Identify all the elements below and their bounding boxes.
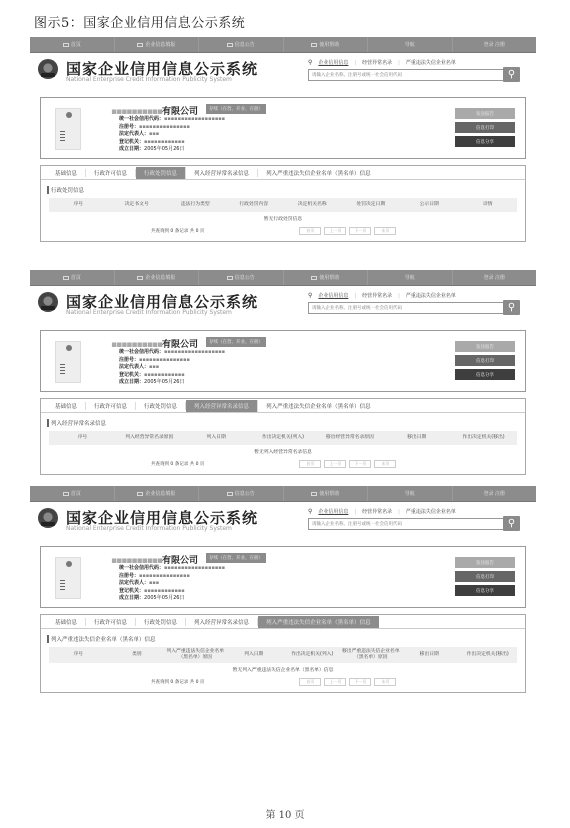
tab-admin-penalty[interactable]: 行政处罚信息 [136, 167, 186, 179]
info-tab-bar: 基础信息 行政许可信息 行政处罚信息 列入经营异常名录信息 列入严重违法失信企业… [41, 166, 525, 180]
divider: | [354, 293, 356, 299]
magnifier-icon: ⚲ [508, 302, 515, 313]
search-button[interactable]: ⚲ [503, 516, 520, 531]
monitor-icon [63, 43, 69, 47]
last-page-button[interactable]: 末页 [374, 227, 396, 235]
column-header: 违法行为类型 [166, 202, 225, 208]
help-icon [311, 276, 317, 280]
next-page-button[interactable]: 下一页 [349, 460, 371, 468]
nav-item-label: 登录 注册 [483, 41, 505, 48]
field-value: ▪▪▪ [149, 131, 159, 137]
pagination-buttons: 首页 上一页 下一页 末页 [299, 227, 396, 235]
document-icon [227, 43, 233, 47]
column-header: 移出日期 [383, 435, 450, 441]
field-value: 2005年05月26日 [144, 595, 184, 601]
nav-item-label: 首页 [71, 490, 81, 497]
empty-table-message: 暂无列入经营异常名录信息 [41, 448, 525, 455]
search-button[interactable]: ⚲ [503, 67, 520, 82]
field-label: 登记机关： [119, 372, 144, 378]
search-icon: ⚲ [308, 292, 312, 299]
field-value: ▪▪▪▪▪▪▪▪▪▪▪▪▪▪▪▪▪▪ [164, 116, 225, 122]
search-type-tabs: ⚲ 企业信用信息 | 经营异常名录 | 严重违法失信企业名单 [308, 59, 456, 66]
search-icon: ⚲ [308, 508, 312, 515]
prev-page-button[interactable]: 上一页 [324, 227, 346, 235]
table-header: 序号决定书文号违法行为类型行政处罚内容决定机关名称处罚决定日期公示日期详情 [49, 198, 517, 212]
nav-item-home[interactable]: 首页 [30, 270, 115, 285]
site-subtitle: National Enterprise Credit Information P… [66, 76, 232, 83]
divider: | [398, 293, 400, 299]
field-credit-code: 统一社会信用代码：▪▪▪▪▪▪▪▪▪▪▪▪▪▪▪▪▪▪ [119, 349, 225, 357]
divider: | [354, 60, 356, 66]
help-icon [311, 492, 317, 496]
section-title: 行政处罚信息 [47, 186, 525, 194]
page-number: 第 10 页 [0, 806, 570, 821]
company-info-card: ▪▪▪▪▪▪▪▪▪▪有限公司 存续（在营、开业、在册） 统一社会信用代码：▪▪▪… [40, 546, 526, 608]
tab-basic-info[interactable]: 基础信息 [47, 402, 86, 410]
field-label: 法定代表人： [119, 580, 149, 586]
nav-item-label: 企业信息填报 [145, 490, 175, 497]
business-license-thumbnail[interactable] [55, 557, 81, 599]
column-header: 行政处罚内容 [225, 202, 284, 208]
business-license-thumbnail[interactable] [55, 108, 81, 150]
nav-item-notice[interactable]: 信息公告 [199, 486, 284, 501]
nav-item-login[interactable]: 登录 注册 [453, 270, 537, 285]
pagination: 共查询到 0 条记录 共 0 页 首页 上一页 下一页 末页 [41, 676, 525, 692]
table-header: 序号类别列入严重违法失信企业名单（黑名单）原因列入日期作出决定机关(列入)移出严… [49, 647, 517, 663]
field-value: ▪▪▪▪▪▪▪▪▪▪▪▪ [144, 372, 185, 378]
company-fields: 统一社会信用代码：▪▪▪▪▪▪▪▪▪▪▪▪▪▪▪▪▪▪ 注册号：▪▪▪▪▪▪▪▪… [119, 349, 225, 387]
detail-panel: 基础信息 行政许可信息 行政处罚信息 列入经营异常名录信息 列入严重违法失信企业… [40, 614, 526, 693]
site-subtitle: National Enterprise Credit Information P… [66, 309, 232, 316]
field-value: ▪▪▪▪▪▪▪▪▪▪▪▪▪▪▪▪▪▪ [164, 349, 225, 355]
field-value: 2005年05月26日 [144, 146, 184, 152]
section-title: 列入经营异常名录信息 [47, 419, 525, 427]
column-header: 列入日期 [183, 435, 250, 441]
company-fields: 统一社会信用代码：▪▪▪▪▪▪▪▪▪▪▪▪▪▪▪▪▪▪ 注册号：▪▪▪▪▪▪▪▪… [119, 116, 225, 154]
pagination-buttons: 首页 上一页 下一页 末页 [299, 678, 396, 686]
column-header: 序号 [49, 652, 108, 658]
field-established-date: 成立日期：2005年05月26日 [119, 595, 225, 603]
nav-item-label: 导航 [405, 274, 415, 281]
tab-blacklist[interactable]: 列入严重违法失信企业名单（黑名单）信息 [258, 402, 379, 410]
field-reg-no: 注册号：▪▪▪▪▪▪▪▪▪▪▪▪▪▪▪ [119, 573, 225, 581]
nav-item-notice[interactable]: 信息公告 [199, 37, 284, 52]
search-type-tabs: ⚲ 企业信用信息 | 经营异常名录 | 严重违法失信企业名单 [308, 508, 456, 515]
screenshot-admin-penalty: 首页 企业信息填报 信息公告 使用帮助 导航 登录 注册 国家企业信用信息公示系… [30, 37, 536, 242]
field-value: ▪▪▪▪▪▪▪▪▪▪▪▪ [144, 139, 185, 145]
nav-item-home[interactable]: 首页 [30, 37, 115, 52]
field-label: 法定代表人： [119, 364, 149, 370]
field-label: 统一社会信用代码： [119, 565, 164, 571]
send-report-button[interactable]: 发送报告 [455, 108, 515, 119]
detail-panel: 基础信息 行政许可信息 行政处罚信息 列入经营异常名录信息 列入严重违法失信企业… [40, 398, 526, 475]
search-tab-credit[interactable]: 企业信用信息 [318, 508, 348, 515]
first-page-button[interactable]: 首页 [299, 678, 321, 686]
pagination: 共查询到 0 条记录 共 0 页 首页 上一页 下一页 末页 [41, 458, 525, 474]
column-header: 决定书文号 [108, 202, 167, 208]
search-tab-abnormal[interactable]: 经营异常名录 [362, 508, 392, 515]
status-badge: 存续（在营、开业、在册） [206, 337, 266, 347]
share-button[interactable]: 信息分享 [455, 136, 515, 147]
field-established-date: 成立日期：2005年05月26日 [119, 379, 225, 387]
tab-blacklist[interactable]: 列入严重违法失信企业名单（黑名单）信息 [258, 616, 379, 628]
column-header: 序号 [49, 202, 108, 208]
empty-table-message: 暂无列入严重违法失信企业名单（黑名单）信息 [41, 666, 525, 673]
nav-item-label: 登录 注册 [483, 274, 505, 281]
divider: | [398, 60, 400, 66]
magnifier-icon: ⚲ [508, 518, 515, 529]
column-header: 移出严重违法失信企业名单（黑名单）原因 [342, 649, 401, 661]
tab-admin-license[interactable]: 行政许可信息 [86, 618, 136, 626]
status-badge: 存续（在营、开业、在册） [206, 553, 266, 563]
tab-abnormal-list[interactable]: 列入经营异常名录信息 [186, 618, 258, 626]
action-buttons: 发送报告 信息打印 信息分享 [455, 557, 515, 596]
search-tab-blacklist[interactable]: 严重违法失信企业名单 [406, 292, 456, 299]
column-header: 列入日期 [225, 652, 284, 658]
tab-abnormal-list[interactable]: 列入经营异常名录信息 [186, 400, 258, 412]
nav-item-notice[interactable]: 信息公告 [199, 270, 284, 285]
top-nav-bar: 首页 企业信息填报 信息公告 使用帮助 导航 登录 注册 [30, 486, 536, 502]
tab-abnormal-list[interactable]: 列入经营异常名录信息 [186, 169, 258, 177]
column-header: 列入严重违法失信企业名单（黑名单）原因 [166, 649, 225, 661]
top-nav-bar: 首页 企业信息填报 信息公告 使用帮助 导航 登录 注册 [30, 37, 536, 53]
document-icon [227, 492, 233, 496]
section-title: 列入严重违法失信企业名单（黑名单）信息 [47, 635, 525, 643]
detail-panel: 基础信息 行政许可信息 行政处罚信息 列入经营异常名录信息 列入严重违法失信企业… [40, 165, 526, 242]
company-info-card: ▪▪▪▪▪▪▪▪▪▪有限公司 存续（在营、开业、在册） 统一社会信用代码：▪▪▪… [40, 97, 526, 159]
table-header: 序号列入经营异常名录原因列入日期作出决定机关(列入)移出经营异常名录原因移出日期… [49, 431, 517, 445]
field-value: ▪▪▪▪▪▪▪▪▪▪▪▪▪▪▪▪▪▪ [164, 565, 225, 571]
field-value: ▪▪▪▪▪▪▪▪▪▪▪▪ [144, 588, 185, 594]
field-credit-code: 统一社会信用代码：▪▪▪▪▪▪▪▪▪▪▪▪▪▪▪▪▪▪ [119, 565, 225, 573]
send-report-button[interactable]: 发送报告 [455, 557, 515, 568]
column-header: 详情 [459, 202, 518, 208]
national-emblem-icon [38, 292, 58, 312]
search-input[interactable]: 请输入企业名称、注册号或统一社会信用代码 [308, 302, 518, 314]
field-established-date: 成立日期：2005年05月26日 [119, 146, 225, 154]
search-tab-abnormal[interactable]: 经营异常名录 [362, 292, 392, 299]
print-button[interactable]: 信息打印 [455, 122, 515, 133]
nav-item-login[interactable]: 登录 注册 [453, 486, 537, 501]
search-tab-blacklist[interactable]: 严重违法失信企业名单 [406, 508, 456, 515]
column-header: 处罚决定日期 [342, 202, 401, 208]
column-header: 移出日期 [400, 652, 459, 658]
nav-item-label: 首页 [71, 41, 81, 48]
empty-table-message: 暂无行政处罚信息 [41, 215, 525, 222]
search-input[interactable]: 请输入企业名称、注册号或统一社会信用代码 [308, 518, 518, 530]
first-page-button[interactable]: 首页 [299, 460, 321, 468]
field-registration-authority: 登记机关：▪▪▪▪▪▪▪▪▪▪▪▪ [119, 139, 225, 147]
field-label: 成立日期： [119, 379, 144, 385]
pagination-summary: 共查询到 0 条记录 共 0 页 [151, 461, 204, 467]
search-tab-abnormal[interactable]: 经营异常名录 [362, 59, 392, 66]
nav-item-label: 企业信息填报 [145, 274, 175, 281]
nav-item-label: 信息公告 [235, 490, 255, 497]
national-emblem-icon [38, 508, 58, 528]
column-header: 作出决定机关(移出) [450, 435, 517, 441]
tab-admin-penalty[interactable]: 行政处罚信息 [136, 402, 186, 410]
field-value: ▪▪▪▪▪▪▪▪▪▪▪▪▪▪▪ [139, 357, 190, 363]
field-value: ▪▪▪▪▪▪▪▪▪▪▪▪▪▪▪ [139, 124, 190, 130]
last-page-button[interactable]: 末页 [374, 678, 396, 686]
status-badge: 存续（在营、开业、在册） [206, 104, 266, 114]
field-reg-no: 注册号：▪▪▪▪▪▪▪▪▪▪▪▪▪▪▪ [119, 357, 225, 365]
nav-item-login[interactable]: 登录 注册 [453, 37, 537, 52]
site-header: 国家企业信用信息公示系统 National Enterprise Credit … [30, 53, 536, 89]
column-header: 作出决定机关(移出) [459, 652, 518, 658]
field-label: 登记机关： [119, 139, 144, 145]
site-header: 国家企业信用信息公示系统 National Enterprise Credit … [30, 502, 536, 538]
field-label: 成立日期： [119, 595, 144, 601]
tab-admin-penalty[interactable]: 行政处罚信息 [136, 618, 186, 626]
field-registration-authority: 登记机关：▪▪▪▪▪▪▪▪▪▪▪▪ [119, 588, 225, 596]
tab-admin-license[interactable]: 行政许可信息 [86, 402, 136, 410]
nav-item-label: 信息公告 [235, 274, 255, 281]
field-label: 成立日期： [119, 146, 144, 152]
send-report-button[interactable]: 发送报告 [455, 341, 515, 352]
search-button[interactable]: ⚲ [503, 300, 520, 315]
tab-blacklist[interactable]: 列入严重违法失信企业名单（黑名单）信息 [258, 169, 379, 177]
nav-item-label: 登录 注册 [483, 490, 505, 497]
field-label: 登记机关： [119, 588, 144, 594]
field-label: 统一社会信用代码： [119, 116, 164, 122]
column-header: 作出决定机关(列入) [250, 435, 317, 441]
field-value: ▪▪▪▪▪▪▪▪▪▪▪▪▪▪▪ [139, 573, 190, 579]
print-button[interactable]: 信息打印 [455, 355, 515, 366]
field-registration-authority: 登记机关：▪▪▪▪▪▪▪▪▪▪▪▪ [119, 372, 225, 380]
nav-item-label: 企业信息填报 [145, 41, 175, 48]
next-page-button[interactable]: 下一页 [349, 678, 371, 686]
field-label: 注册号： [119, 124, 139, 130]
edit-icon [137, 43, 143, 47]
first-page-button[interactable]: 首页 [299, 227, 321, 235]
nav-item-label: 信息公告 [235, 41, 255, 48]
field-legal-rep: 法定代表人：▪▪▪ [119, 364, 225, 372]
column-header: 移出经营异常名录原因 [316, 435, 383, 441]
field-value: ▪▪▪ [149, 364, 159, 370]
magnifier-icon: ⚲ [508, 69, 515, 80]
column-header: 类别 [108, 652, 167, 658]
nav-item-help[interactable]: 使用帮助 [284, 486, 369, 501]
field-credit-code: 统一社会信用代码：▪▪▪▪▪▪▪▪▪▪▪▪▪▪▪▪▪▪ [119, 116, 225, 124]
share-button[interactable]: 信息分享 [455, 369, 515, 380]
search-type-tabs: ⚲ 企业信用信息 | 经营异常名录 | 严重违法失信企业名单 [308, 292, 456, 299]
field-label: 注册号： [119, 573, 139, 579]
field-legal-rep: 法定代表人：▪▪▪ [119, 131, 225, 139]
company-fields: 统一社会信用代码：▪▪▪▪▪▪▪▪▪▪▪▪▪▪▪▪▪▪ 注册号：▪▪▪▪▪▪▪▪… [119, 565, 225, 603]
nav-item-label: 使用帮助 [319, 490, 339, 497]
divider: | [398, 509, 400, 515]
search-icon: ⚲ [308, 59, 312, 66]
prev-page-button[interactable]: 上一页 [324, 678, 346, 686]
nav-item-report[interactable]: 企业信息填报 [115, 270, 200, 285]
column-header: 决定机关名称 [283, 202, 342, 208]
nav-item-label: 使用帮助 [319, 41, 339, 48]
column-header: 列入经营异常名录原因 [116, 435, 183, 441]
nav-item-navigation[interactable]: 导航 [368, 270, 453, 285]
last-page-button[interactable]: 末页 [374, 460, 396, 468]
column-header: 作出决定机关(列入) [283, 652, 342, 658]
nav-item-report[interactable]: 企业信息填报 [115, 37, 200, 52]
pagination-summary: 共查询到 0 条记录 共 0 页 [151, 679, 204, 685]
nav-item-label: 首页 [71, 274, 81, 281]
edit-icon [137, 492, 143, 496]
column-header: 序号 [49, 435, 116, 441]
next-page-button[interactable]: 下一页 [349, 227, 371, 235]
info-tab-bar: 基础信息 行政许可信息 行政处罚信息 列入经营异常名录信息 列入严重违法失信企业… [41, 399, 525, 413]
company-info-card: ▪▪▪▪▪▪▪▪▪▪有限公司 存续（在营、开业、在册） 统一社会信用代码：▪▪▪… [40, 330, 526, 392]
search-tab-credit[interactable]: 企业信用信息 [318, 59, 348, 66]
column-header: 公示日期 [400, 202, 459, 208]
field-label: 注册号： [119, 357, 139, 363]
nav-item-help[interactable]: 使用帮助 [284, 37, 369, 52]
search-input[interactable]: 请输入企业名称、注册号或统一社会信用代码 [308, 69, 518, 81]
site-header: 国家企业信用信息公示系统 National Enterprise Credit … [30, 286, 536, 322]
action-buttons: 发送报告 信息打印 信息分享 [455, 108, 515, 147]
field-label: 统一社会信用代码： [119, 349, 164, 355]
tab-basic-info[interactable]: 基础信息 [47, 618, 86, 626]
field-label: 法定代表人： [119, 131, 149, 137]
nav-item-label: 使用帮助 [319, 274, 339, 281]
field-reg-no: 注册号：▪▪▪▪▪▪▪▪▪▪▪▪▪▪▪ [119, 124, 225, 132]
field-legal-rep: 法定代表人：▪▪▪ [119, 580, 225, 588]
tab-admin-license[interactable]: 行政许可信息 [86, 169, 136, 177]
pagination-summary: 共查询到 0 条记录 共 0 页 [151, 228, 204, 234]
screenshot-abnormal-list: 首页 企业信息填报 信息公告 使用帮助 导航 登录 注册 国家企业信用信息公示系… [30, 270, 536, 475]
monitor-icon [63, 492, 69, 496]
action-buttons: 发送报告 信息打印 信息分享 [455, 341, 515, 380]
nav-item-label: 导航 [405, 490, 415, 497]
divider: | [354, 509, 356, 515]
nav-item-home[interactable]: 首页 [30, 486, 115, 501]
site-subtitle: National Enterprise Credit Information P… [66, 525, 232, 532]
screenshot-blacklist: 首页 企业信息填报 信息公告 使用帮助 导航 登录 注册 国家企业信用信息公示系… [30, 486, 536, 693]
nav-item-navigation[interactable]: 导航 [368, 37, 453, 52]
help-icon [311, 43, 317, 47]
pagination: 共查询到 0 条记录 共 0 页 首页 上一页 下一页 末页 [41, 225, 525, 241]
monitor-icon [63, 276, 69, 280]
share-button[interactable]: 信息分享 [455, 585, 515, 596]
top-nav-bar: 首页 企业信息填报 信息公告 使用帮助 导航 登录 注册 [30, 270, 536, 286]
search-tab-blacklist[interactable]: 严重违法失信企业名单 [406, 59, 456, 66]
prev-page-button[interactable]: 上一页 [324, 460, 346, 468]
search-tab-credit[interactable]: 企业信用信息 [318, 292, 348, 299]
info-tab-bar: 基础信息 行政许可信息 行政处罚信息 列入经营异常名录信息 列入严重违法失信企业… [41, 615, 525, 629]
tab-basic-info[interactable]: 基础信息 [47, 169, 86, 177]
national-emblem-icon [38, 59, 58, 79]
nav-item-navigation[interactable]: 导航 [368, 486, 453, 501]
document-icon [227, 276, 233, 280]
field-value: ▪▪▪ [149, 580, 159, 586]
document-caption: 图示5：国家企业信用信息公示系统 [34, 12, 245, 31]
nav-item-label: 导航 [405, 41, 415, 48]
print-button[interactable]: 信息打印 [455, 571, 515, 582]
edit-icon [137, 276, 143, 280]
pagination-buttons: 首页 上一页 下一页 末页 [299, 460, 396, 468]
nav-item-help[interactable]: 使用帮助 [284, 270, 369, 285]
business-license-thumbnail[interactable] [55, 341, 81, 383]
field-value: 2005年05月26日 [144, 379, 184, 385]
nav-item-report[interactable]: 企业信息填报 [115, 486, 200, 501]
